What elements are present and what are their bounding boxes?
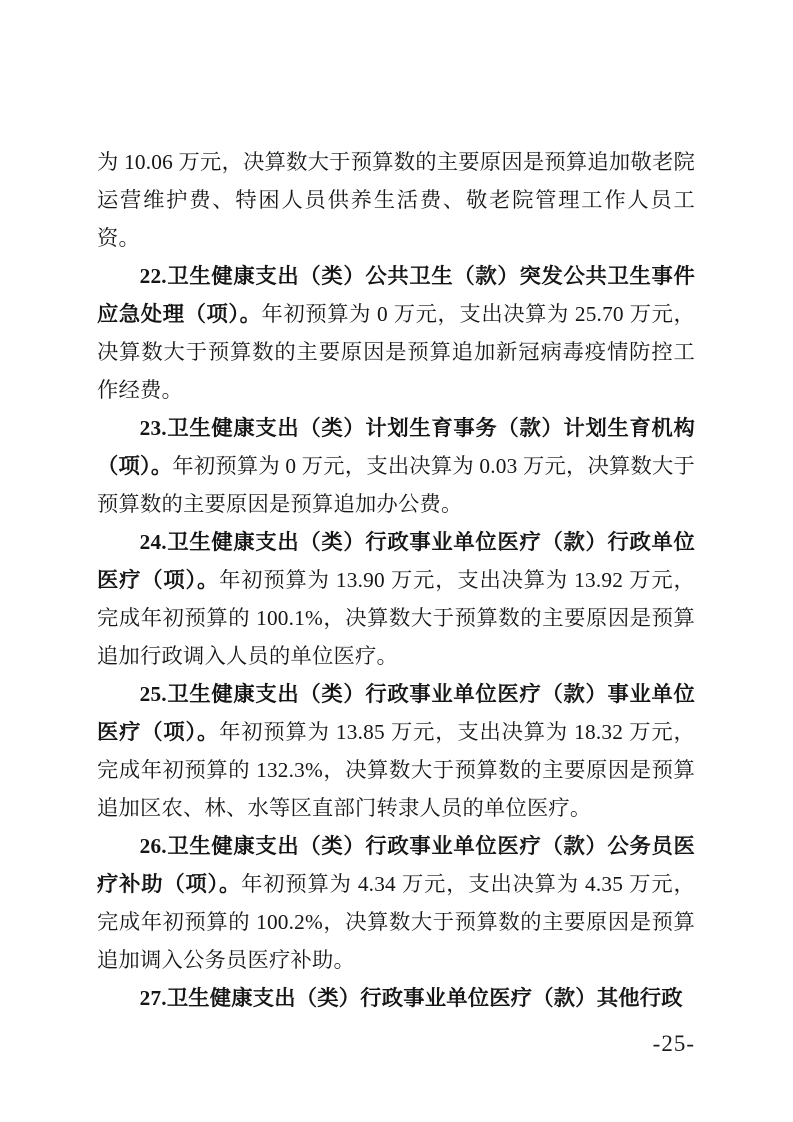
document-body: 为 10.06 万元，决算数大于预算数的主要原因是预算追加敬老院运营维护费、特困…: [97, 143, 695, 1017]
paragraph-text-run: 为 10.06 万元，决算数大于预算数的主要原因是预算追加敬老院运营维护费、特困…: [97, 150, 695, 250]
paragraph: 23.卫生健康支出（类）计划生育事务（款）计划生育机构（项）。年初预算为 0 万…: [97, 409, 695, 523]
page-footer: -25-: [97, 1032, 695, 1056]
document-page: 为 10.06 万元，决算数大于预算数的主要原因是预算追加敬老院运营维护费、特困…: [0, 0, 793, 1122]
paragraph: 22.卫生健康支出（类）公共卫生（款）突发公共卫生事件应急处理（项）。年初预算为…: [97, 257, 695, 409]
paragraph-heading-run: 27.卫生健康支出（类）行政事业单位医疗（款）其他行政: [140, 986, 683, 1010]
paragraph: 24.卫生健康支出（类）行政事业单位医疗（款）行政单位医疗（项）。年初预算为 1…: [97, 523, 695, 675]
paragraph-text-run: 年初预算为 0 万元，支出决算为 0.03 万元，决算数大于预算数的主要原因是预…: [97, 454, 695, 516]
paragraph: 27.卫生健康支出（类）行政事业单位医疗（款）其他行政: [97, 979, 695, 1017]
paragraph: 25.卫生健康支出（类）行政事业单位医疗（款）事业单位医疗（项）。年初预算为 1…: [97, 675, 695, 827]
paragraph: 26.卫生健康支出（类）行政事业单位医疗（款）公务员医疗补助（项）。年初预算为 …: [97, 827, 695, 979]
page-number: -25-: [653, 1032, 695, 1056]
paragraph: 为 10.06 万元，决算数大于预算数的主要原因是预算追加敬老院运营维护费、特困…: [97, 143, 695, 257]
